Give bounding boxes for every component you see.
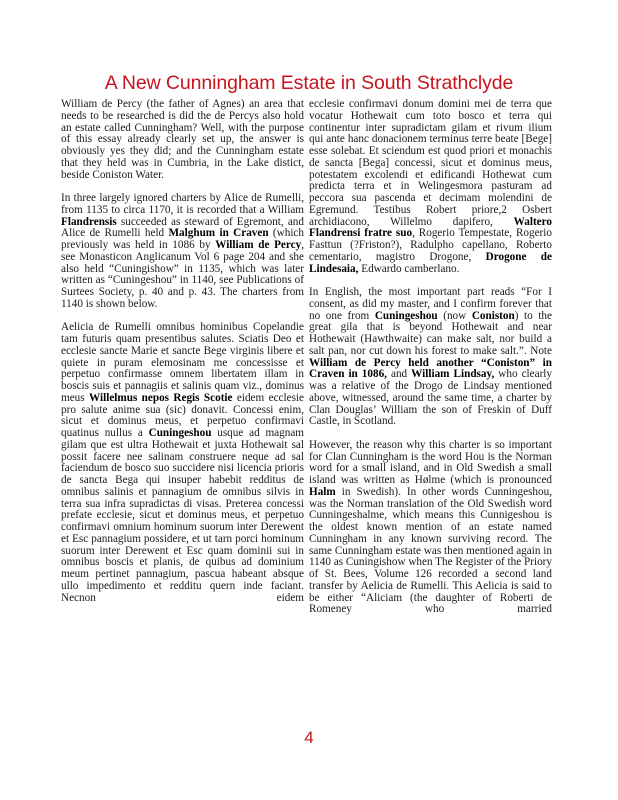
text-run: In three largely ignored charters by Ali… — [61, 192, 304, 216]
bold-term: William de Percy — [215, 239, 301, 251]
paragraph-latin-charter-continued: ecclesie confirmavi donum domini mei de … — [309, 99, 552, 275]
text-run: ecclesie confirmavi donum domini mei de … — [309, 98, 552, 228]
page-title: A New Cunningham Estate in South Strathc… — [0, 72, 618, 95]
paragraph-percy-intro: William de Percy (the father of Agnes) a… — [61, 99, 304, 181]
text-run: Edwardo camberlano. — [358, 263, 459, 275]
text-run: in Swedish). In other words Cunningeshou… — [309, 486, 552, 616]
page-number: 4 — [0, 728, 618, 748]
bold-term: William Lindsay, — [411, 368, 494, 380]
bold-term: Flandrensis — [61, 216, 117, 228]
bold-term: Malghum in Craven — [169, 227, 269, 239]
paragraph-english-translation: In English, the most important part read… — [309, 287, 552, 428]
bold-term: Halm — [309, 486, 336, 498]
paragraph-latin-charter: Aelicia de Rumelli omnibus hominibus Cop… — [61, 322, 304, 604]
paragraph-rumelli-charters: In three largely ignored charters by Ali… — [61, 193, 304, 311]
bold-term: Willelmus nepos Regis Scotie — [89, 392, 232, 404]
text-run: William de Percy (the father of Agnes) a… — [61, 98, 304, 181]
paragraph-clan-cunningham-significance: However, the reason why this charter is … — [309, 440, 552, 616]
left-column: William de Percy (the father of Agnes) a… — [61, 99, 304, 616]
bold-term: Coniston — [472, 310, 515, 322]
bold-term: Cuningeshou — [375, 310, 438, 322]
text-run: usque ad magnam gilam que est ultra Hoth… — [61, 427, 304, 604]
text-run: However, the reason why this charter is … — [309, 439, 552, 486]
right-column: ecclesie confirmavi donum domini mei de … — [309, 99, 552, 628]
text-run: and — [387, 368, 411, 380]
bold-term: Cuningeshou — [149, 427, 212, 439]
text-run: (now — [438, 310, 472, 322]
